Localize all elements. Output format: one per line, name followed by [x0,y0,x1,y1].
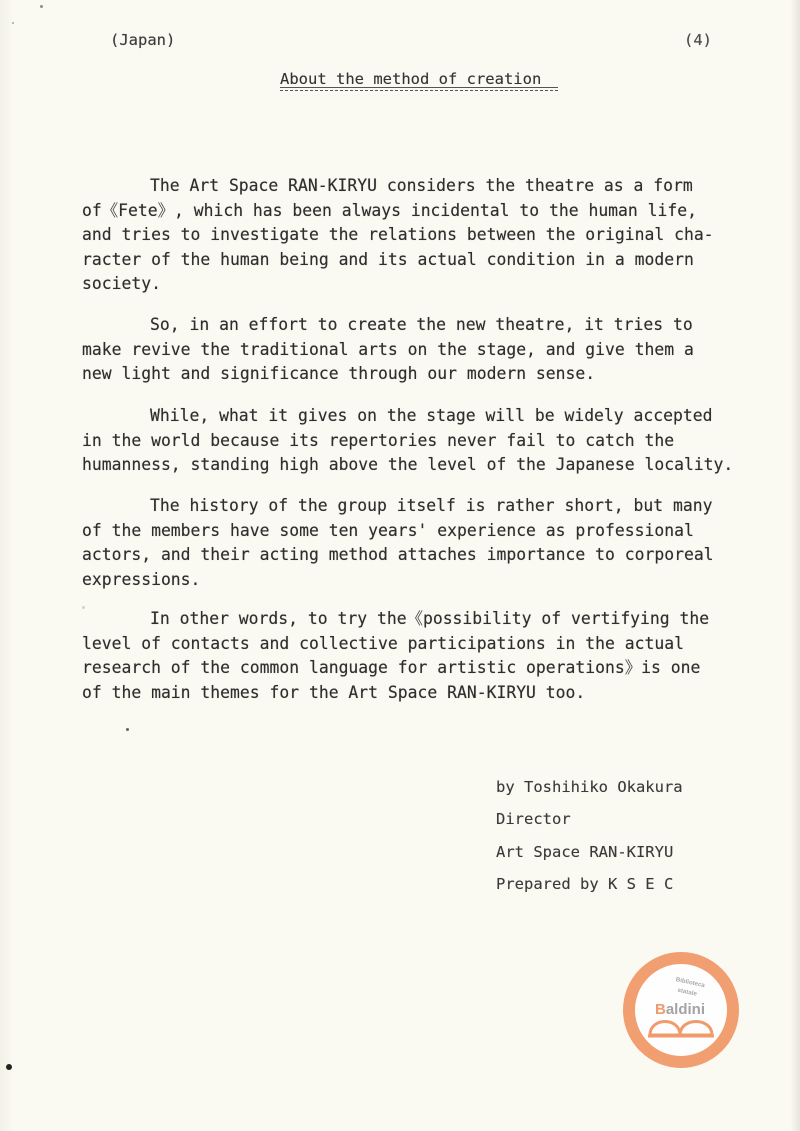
text-line: In other words, to try the《possibility o… [82,607,742,632]
text-line: and tries to investigate the relations b… [82,223,742,248]
signature-author: by Toshihiko Okakura [496,771,683,803]
paragraph-3: While, what it gives on the stage will b… [82,404,742,478]
text-line: of《Fete》, which has been always incident… [82,199,742,224]
signature-block: by Toshihiko Okakura Director Art Space … [496,771,683,900]
document-title-block: About the method of creation [280,68,558,91]
signature-organization: Art Space RAN-KIRYU [496,836,683,868]
ink-speck [12,22,14,24]
stamp-name: Baldini [655,1001,705,1018]
ink-speck [126,728,129,731]
text-line: expressions. [82,568,742,593]
header-country: (Japan) [110,28,175,53]
text-line: humanness, standing high above the level… [82,453,742,478]
text-line: The Art Space RAN-KIRYU considers the th… [82,174,742,199]
paragraph-1: The Art Space RAN-KIRYU considers the th… [82,174,742,297]
ink-speck [82,606,85,609]
text-line: of the members have some ten years' expe… [82,519,742,544]
text-line: The history of the group itself is rathe… [82,494,742,519]
text-line: new light and significance through our m… [82,362,742,387]
text-line: So, in an effort to create the new theat… [82,313,742,338]
text-line: While, what it gives on the stage will b… [82,404,742,429]
title-double-underline [280,90,558,91]
paragraph-2: So, in an effort to create the new theat… [82,313,742,387]
signature-prepared-by: Prepared by K S E C [496,868,683,900]
text-line: society. [82,272,742,297]
signature-role: Director [496,803,683,835]
ink-speck [40,5,43,8]
document-page: (Japan) (4) About the method of creation… [0,0,800,1131]
text-line: of the main themes for the Art Space RAN… [82,681,742,706]
paragraph-4: The history of the group itself is rathe… [82,494,742,592]
ink-speck [6,1064,12,1070]
text-line: actors, and their acting method attaches… [82,543,742,568]
document-title: About the method of creation [280,68,558,90]
page-number: (4) [684,28,712,53]
baldini-library-stamp-icon: Biblioteca statale Baldini [622,951,740,1069]
text-line: make revive the traditional arts on the … [82,338,742,363]
paragraph-5: In other words, to try the《possibility o… [82,607,742,705]
text-line: level of contacts and collective partici… [82,632,742,657]
text-line: in the world because its repertories nev… [82,429,742,454]
text-line: research of the common language for arti… [82,656,742,681]
text-line: racter of the human being and its actual… [82,248,742,273]
